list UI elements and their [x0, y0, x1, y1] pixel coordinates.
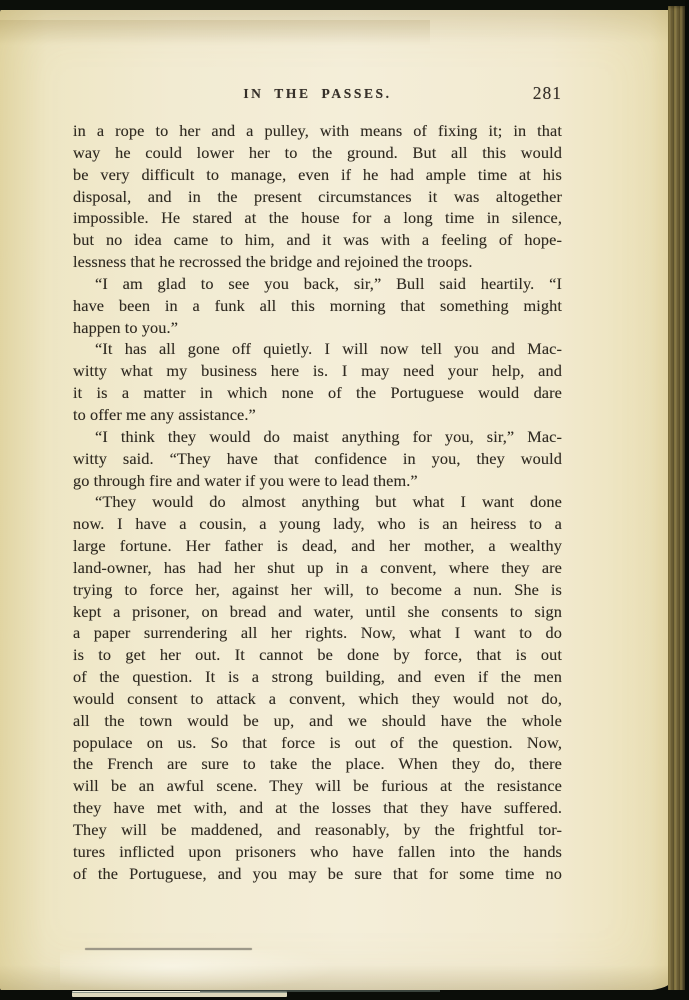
text-line: of the question. It is a strong building… — [73, 666, 562, 688]
text-line: witty what my business here is. I may ne… — [73, 360, 562, 382]
text-line: the French are sure to take the place. W… — [73, 753, 562, 775]
text-line: they have met with, and at the losses th… — [73, 797, 562, 819]
text-line: large fortune. Her father is dead, and h… — [73, 535, 562, 557]
paragraph: “They would do almost anything but what … — [73, 491, 562, 884]
page-number: 281 — [533, 83, 562, 104]
text-line: “I think they would do maist anything fo… — [73, 426, 562, 448]
text-line: to offer me any assistance.” — [73, 404, 562, 426]
text-line: populace on us. So that force is out of … — [73, 732, 562, 754]
paragraph: “I think they would do maist anything fo… — [73, 426, 562, 492]
text-line: all the town would be up, and we should … — [73, 710, 562, 732]
text-line: be very difficult to manage, even if he … — [73, 164, 562, 186]
text-line: have been in a funk all this morning tha… — [73, 295, 562, 317]
text-line: of the Portuguese, and you may be sure t… — [73, 863, 562, 885]
book-fore-edge — [668, 6, 686, 996]
paragraph: “I am glad to see you back, sir,” Bull s… — [73, 273, 562, 339]
text-line: “It has all gone off quietly. I will now… — [73, 338, 562, 360]
body-text: in a rope to her and a pulley, with mean… — [73, 120, 562, 885]
text-line: now. I have a cousin, a young lady, who … — [73, 513, 562, 535]
text-line: witty said. “They have that confidence i… — [73, 448, 562, 470]
scan-artifact-line — [85, 948, 252, 950]
text-line: impossible. He stared at the house for a… — [73, 207, 562, 229]
text-line: way he could lower her to the ground. Bu… — [73, 142, 562, 164]
text-line: is to get her out. It cannot be done by … — [73, 644, 562, 666]
text-line: “They would do almost anything but what … — [73, 491, 562, 513]
text-line: tures inflicted upon prisoners who have … — [73, 841, 562, 863]
page-header: IN THE PASSES. 281 — [73, 86, 562, 106]
text-line: happen to you.” — [73, 317, 562, 339]
scanned-book-page: IN THE PASSES. 281 in a rope to her and … — [0, 0, 689, 1000]
text-line: kept a prisoner, on bread and water, unt… — [73, 601, 562, 623]
bottom-edge-line — [200, 990, 440, 992]
text-line: “I am glad to see you back, sir,” Bull s… — [73, 273, 562, 295]
text-line: trying to force her, against her will, t… — [73, 579, 562, 601]
running-head: IN THE PASSES. — [73, 86, 562, 102]
text-line: a paper surrendering all her rights. Now… — [73, 622, 562, 644]
text-line: it is a matter in which none of the Port… — [73, 382, 562, 404]
text-line: lessness that he recrossed the bridge an… — [73, 251, 562, 273]
text-line: will be an awful scene. They will be fur… — [73, 775, 562, 797]
scan-border-top — [0, 0, 689, 10]
text-line: but no idea came to him, and it was with… — [73, 229, 562, 251]
paragraph: in a rope to her and a pulley, with mean… — [73, 120, 562, 273]
text-line: disposal, and in the present circumstanc… — [73, 186, 562, 208]
text-line: in a rope to her and a pulley, with mean… — [73, 120, 562, 142]
text-line: land-owner, has had her shut up in a con… — [73, 557, 562, 579]
scan-border-right — [685, 0, 689, 1000]
text-line: would consent to attack a convent, which… — [73, 688, 562, 710]
text-line: They will be maddened, and reasonably, b… — [73, 819, 562, 841]
text-line: go through fire and water if you were to… — [73, 470, 562, 492]
paragraph: “It has all gone off quietly. I will now… — [73, 338, 562, 425]
